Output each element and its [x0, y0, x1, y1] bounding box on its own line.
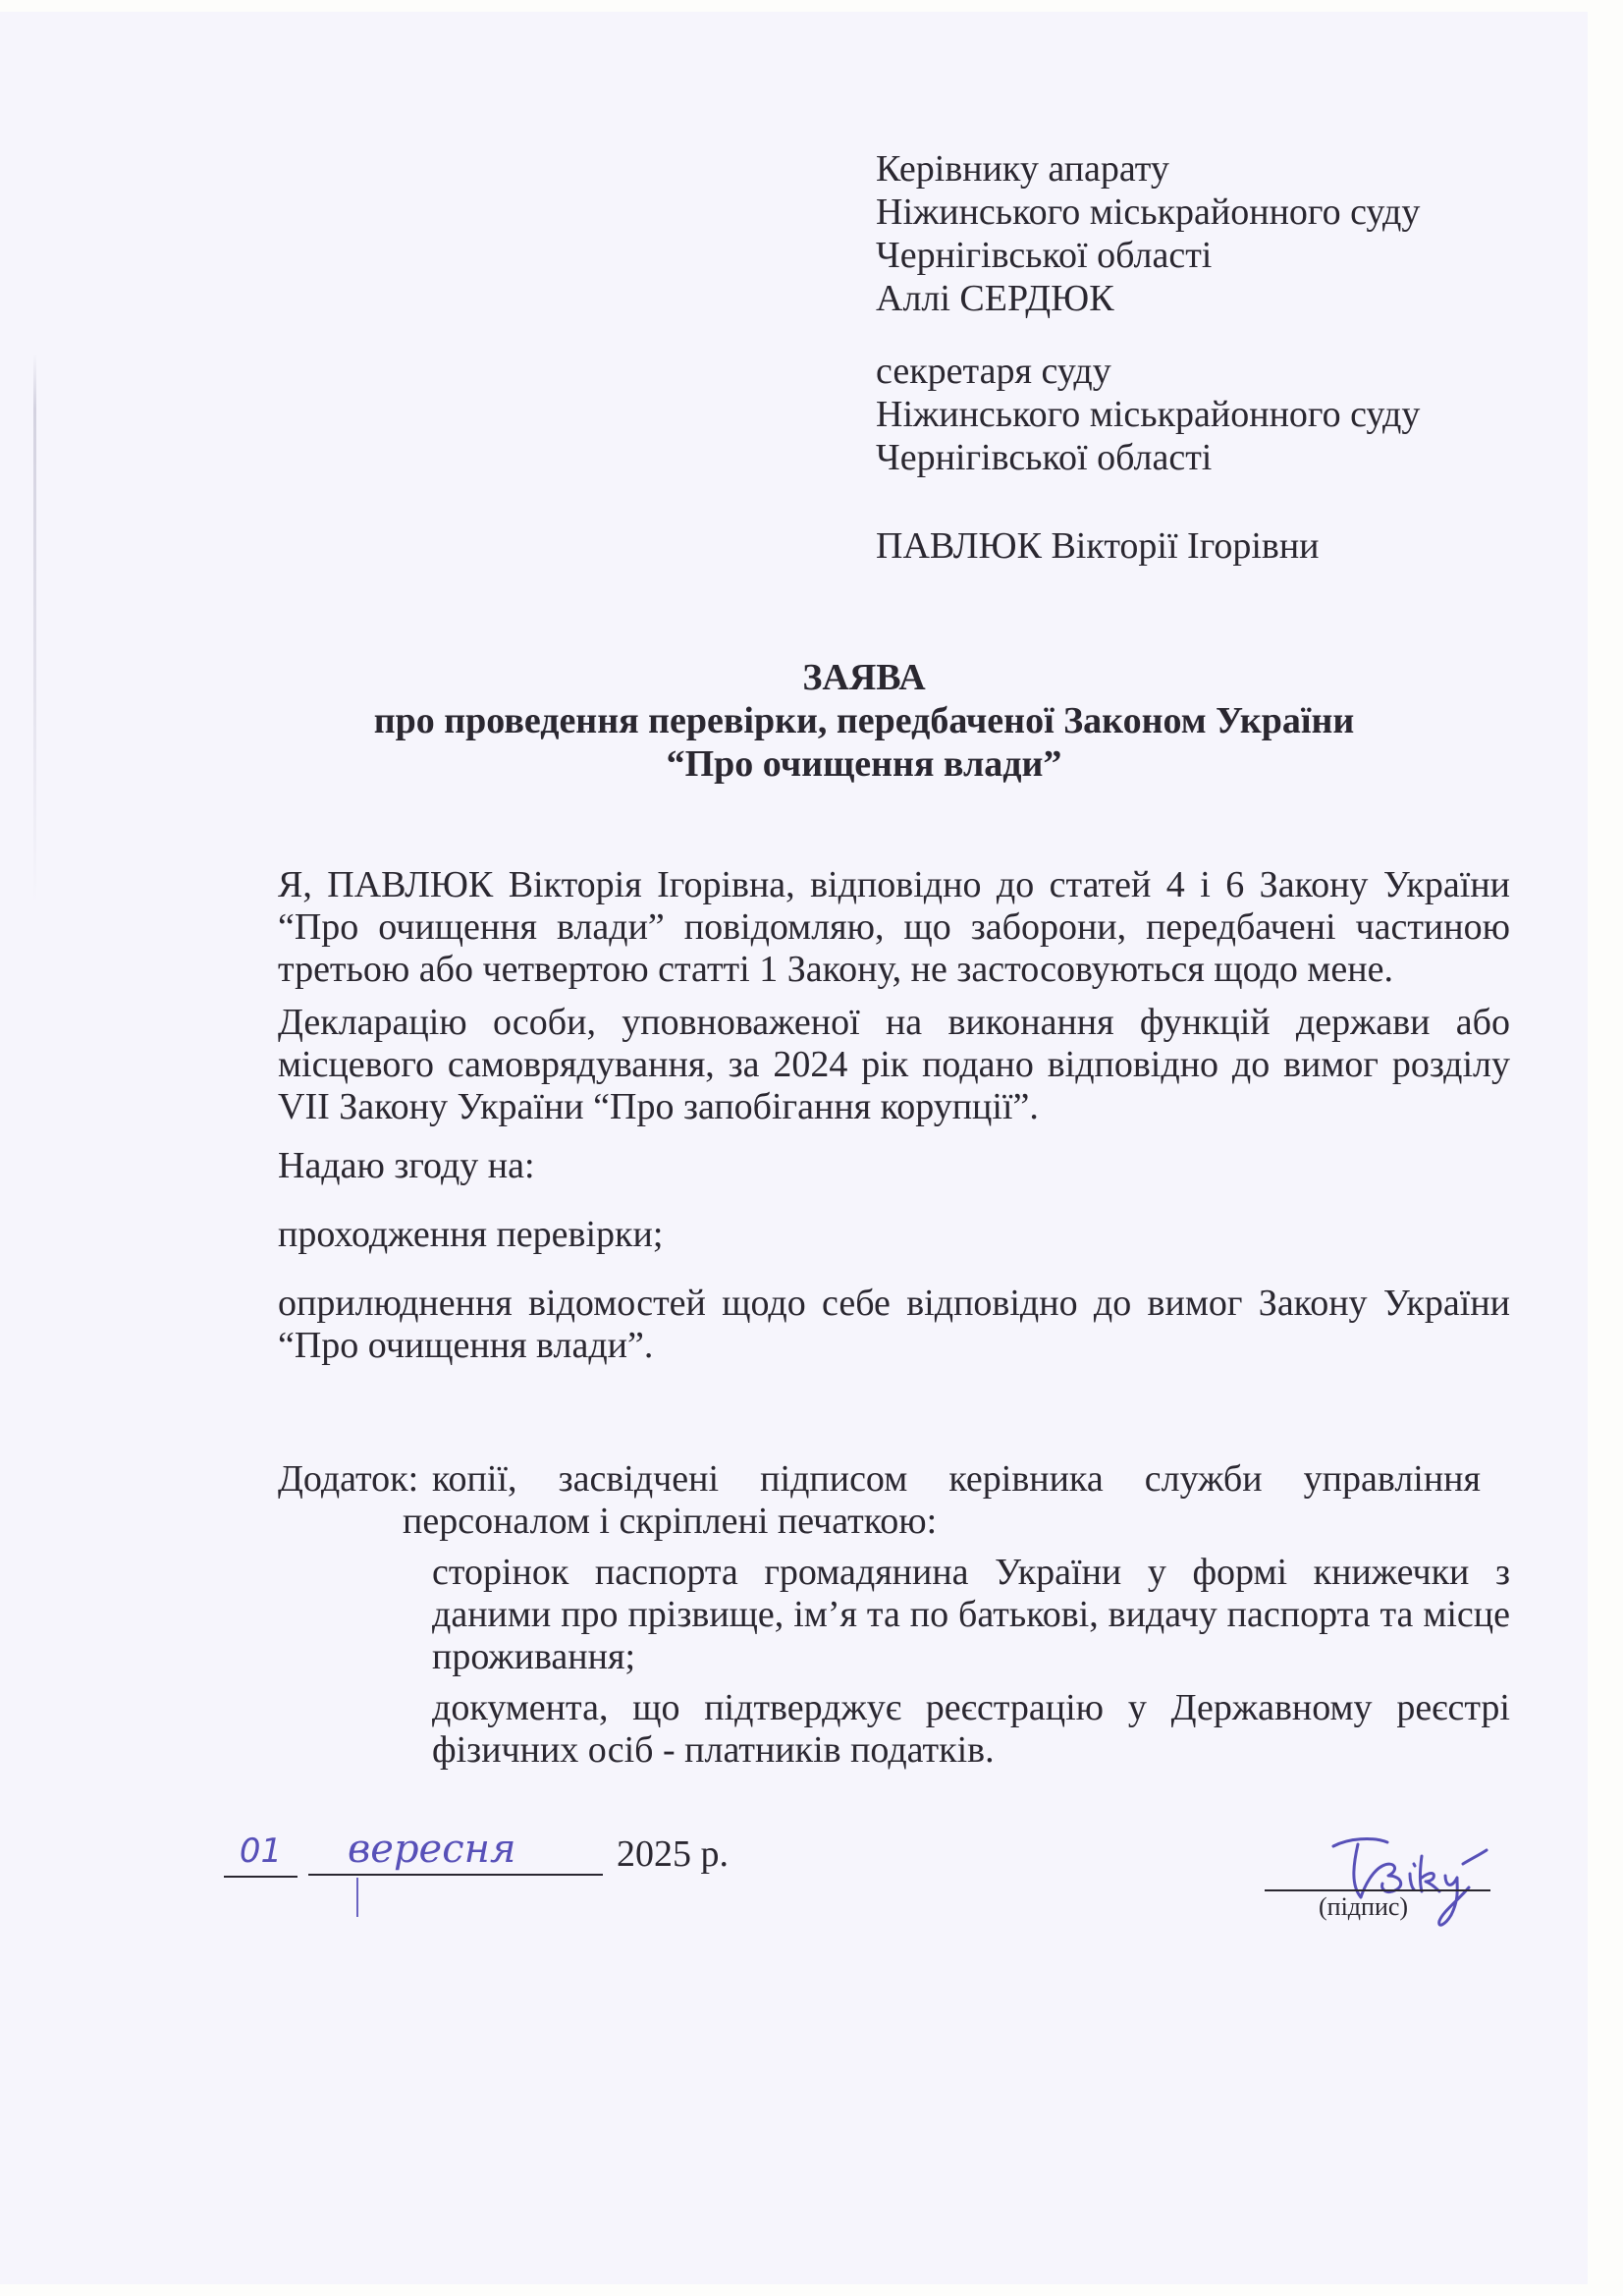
consent-item-text: проходження перевірки;: [278, 1214, 663, 1255]
paragraph-asset-declaration-text: Декларацію особи, уповноваженої на викон…: [278, 1002, 1510, 1127]
date-year: 2025 р.: [617, 1832, 729, 1876]
annex-item: документа, що підтверджує реєстрацію у Д…: [432, 1687, 1510, 1772]
annex-intro: копії, засвідчені підписом керівника слу…: [403, 1458, 1481, 1543]
consent-item: оприлюднення відомостей щодо себе відпов…: [278, 1283, 1510, 1367]
paragraph-declaration-text: Я, ПАВЛЮК Вікторія Ігорівна, відповідно …: [278, 864, 1510, 990]
consent-intro: Надаю згоду на:: [278, 1145, 1510, 1187]
signature-caption: (підпис): [1319, 1891, 1408, 1923]
annex-item: сторінок паспорта громадянина України у …: [432, 1552, 1510, 1678]
paragraph-declaration: Я, ПАВЛЮК Вікторія Ігорівна, відповідно …: [278, 864, 1510, 991]
date-day-handwritten: 01: [224, 1827, 298, 1878]
date-month-handwritten: вересня: [308, 1827, 603, 1876]
annex-label: Додаток:: [278, 1458, 418, 1501]
date-field: 01 вересня 2025 р.: [196, 1827, 805, 1905]
signature-block: (підпис): [1265, 1827, 1490, 1935]
consent-item-text: оприлюднення відомостей щодо себе відпов…: [278, 1283, 1510, 1366]
pen-stroke: [356, 1878, 358, 1917]
consent-item: проходження перевірки;: [278, 1214, 1510, 1256]
paragraph-asset-declaration: Декларацію особи, уповноваженої на викон…: [278, 1002, 1510, 1128]
consent-intro-text: Надаю згоду на:: [278, 1145, 535, 1186]
